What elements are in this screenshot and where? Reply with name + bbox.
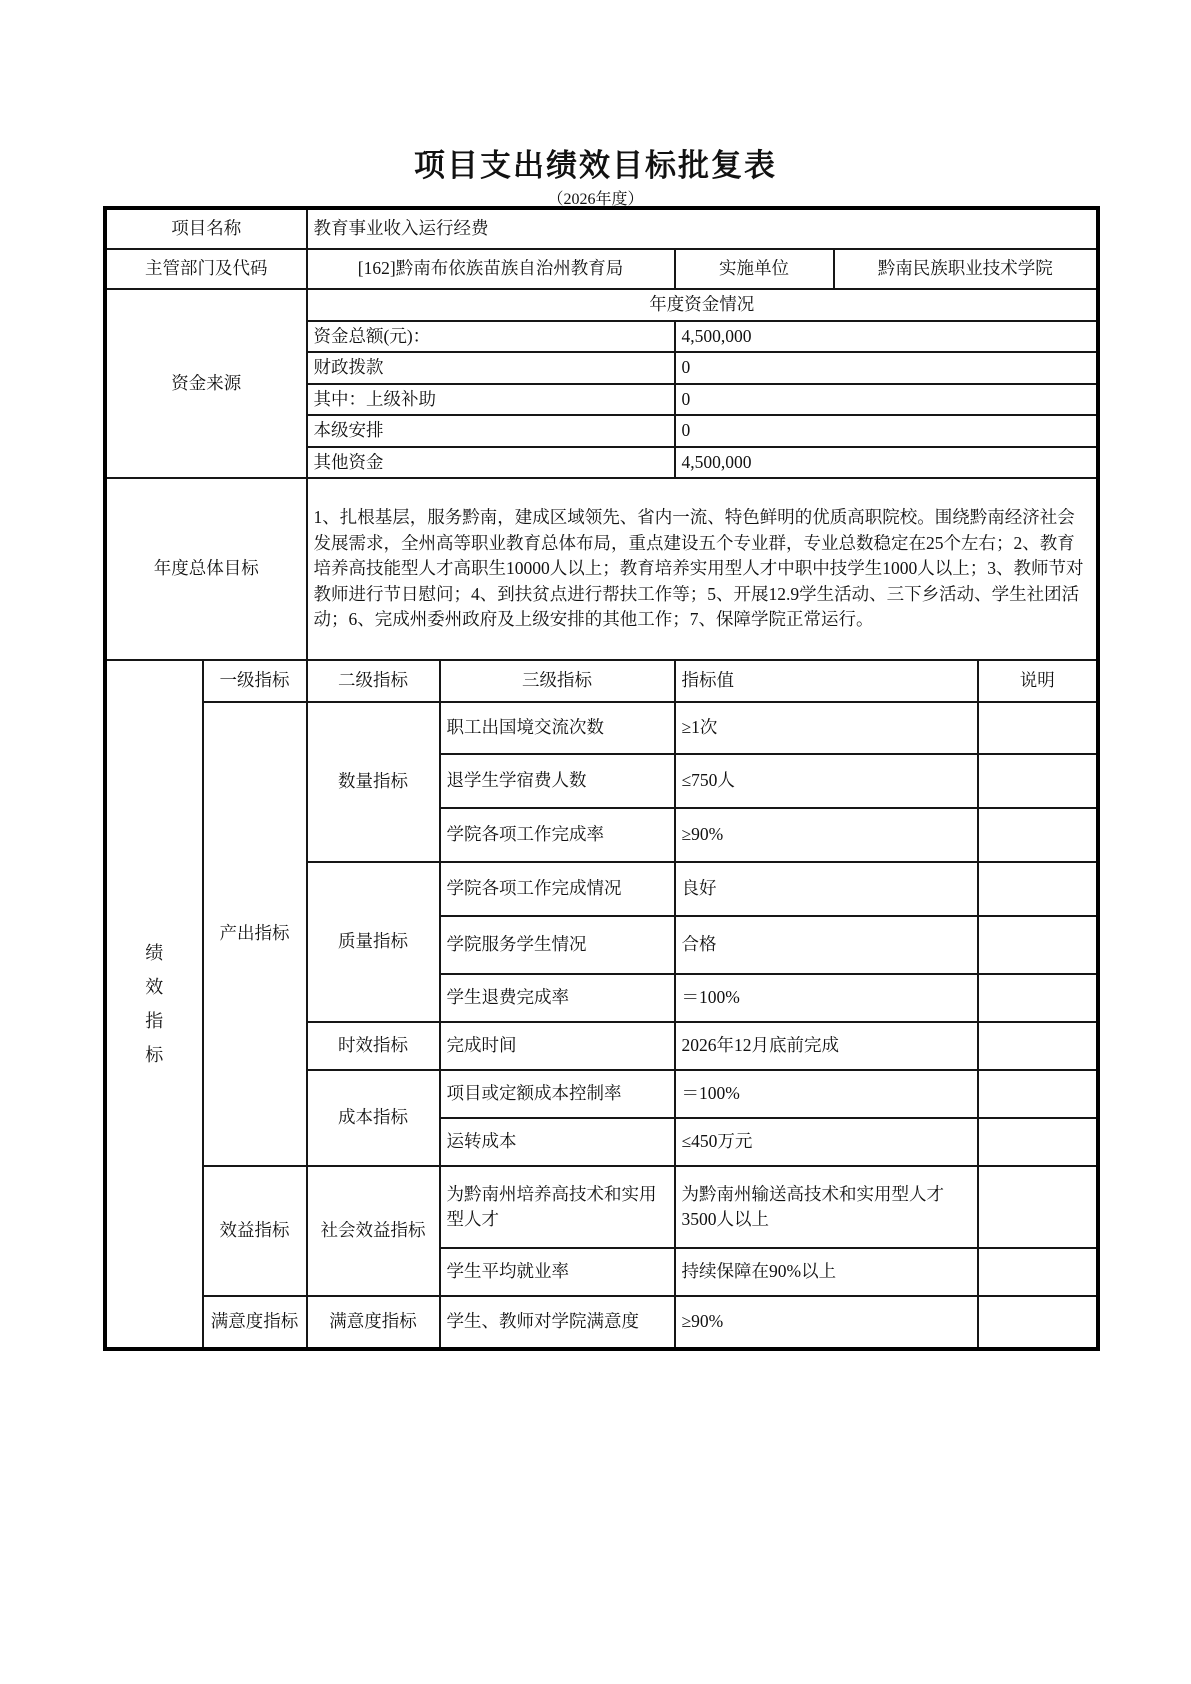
funding-local-arrangement-label: 本级安排 bbox=[307, 415, 675, 446]
document-title: 项目支出绩效目标批复表 bbox=[0, 140, 1191, 185]
funding-superior-subsidy-value: 0 bbox=[675, 384, 1098, 415]
funding-fiscal-value: 0 bbox=[675, 352, 1098, 383]
level1-benefit-label: 效益指标 bbox=[203, 1166, 307, 1296]
performance-indicator-side-text: 绩效指标 bbox=[144, 936, 164, 1072]
indicator-value: 持续保障在90%以上 bbox=[675, 1248, 978, 1296]
level2-quality-label: 质量指标 bbox=[307, 862, 440, 1022]
funding-local-arrangement-value: 0 bbox=[675, 415, 1098, 446]
indicator-value: ≥90% bbox=[675, 808, 978, 862]
indicator-value: 良好 bbox=[675, 862, 978, 916]
level2-timeliness-label: 时效指标 bbox=[307, 1022, 440, 1070]
indicator-value: ≤750人 bbox=[675, 754, 978, 808]
indicator-name: 为黔南州培养高技术和实用型人才 bbox=[440, 1166, 675, 1248]
header-level3: 三级指标 bbox=[440, 660, 675, 702]
level2-social-label: 社会效益指标 bbox=[307, 1166, 440, 1296]
indicator-value: 合格 bbox=[675, 916, 978, 974]
note-cell bbox=[978, 974, 1098, 1022]
indicator-name: 职工出国境交流次数 bbox=[440, 702, 675, 754]
funding-total-label: 资金总额(元)： bbox=[307, 321, 675, 352]
level1-satisfaction-label: 满意度指标 bbox=[203, 1296, 307, 1349]
annual-funding-header: 年度资金情况 bbox=[307, 289, 1098, 321]
note-cell bbox=[978, 1118, 1098, 1166]
header-note: 说明 bbox=[978, 660, 1098, 702]
note-cell bbox=[978, 916, 1098, 974]
implementing-unit-label: 实施单位 bbox=[675, 249, 834, 289]
annual-goal-text: 1、扎根基层，服务黔南，建成区域领先、省内一流、特色鲜明的优质高职院校。围绕黔南… bbox=[307, 478, 1098, 660]
note-cell bbox=[978, 808, 1098, 862]
indicator-name: 学院各项工作完成情况 bbox=[440, 862, 675, 916]
indicator-name: 学生平均就业率 bbox=[440, 1248, 675, 1296]
note-cell bbox=[978, 1296, 1098, 1349]
implementing-unit-value: 黔南民族职业技术学院 bbox=[834, 249, 1098, 289]
funding-other-value: 4,500,000 bbox=[675, 447, 1098, 478]
indicator-name: 学生退费完成率 bbox=[440, 974, 675, 1022]
indicator-value: 为黔南州输送高技术和实用型人才3500人以上 bbox=[675, 1166, 978, 1248]
note-cell bbox=[978, 862, 1098, 916]
indicator-name: 学院服务学生情况 bbox=[440, 916, 675, 974]
level2-satisfaction-label: 满意度指标 bbox=[307, 1296, 440, 1349]
indicator-value: ≥1次 bbox=[675, 702, 978, 754]
funding-total-value: 4,500,000 bbox=[675, 321, 1098, 352]
funding-superior-subsidy-label: 其中：上级补助 bbox=[307, 384, 675, 415]
note-cell bbox=[978, 754, 1098, 808]
header-level1: 一级指标 bbox=[203, 660, 307, 702]
indicator-name: 项目或定额成本控制率 bbox=[440, 1070, 675, 1118]
indicator-value: ＝100% bbox=[675, 974, 978, 1022]
document-page: 项目支出绩效目标批复表 （2026年度） 项目名称 教育事业收入运行经费 主管部… bbox=[0, 0, 1191, 1684]
indicator-name: 完成时间 bbox=[440, 1022, 675, 1070]
note-cell bbox=[978, 1070, 1098, 1118]
note-cell bbox=[978, 1248, 1098, 1296]
funding-other-label: 其他资金 bbox=[307, 447, 675, 478]
note-cell bbox=[978, 1022, 1098, 1070]
header-value: 指标值 bbox=[675, 660, 978, 702]
project-name-value: 教育事业收入运行经费 bbox=[307, 209, 1098, 250]
department-label: 主管部门及代码 bbox=[106, 249, 307, 289]
project-name-label: 项目名称 bbox=[106, 209, 307, 250]
note-cell bbox=[978, 702, 1098, 754]
department-value: [162]黔南布依族苗族自治州教育局 bbox=[307, 249, 675, 289]
indicator-value: ≤450万元 bbox=[675, 1118, 978, 1166]
note-cell bbox=[978, 1166, 1098, 1248]
indicator-name: 学院各项工作完成率 bbox=[440, 808, 675, 862]
indicator-name: 退学生学宿费人数 bbox=[440, 754, 675, 808]
indicator-value: ＝100% bbox=[675, 1070, 978, 1118]
annual-goal-label: 年度总体目标 bbox=[106, 478, 307, 660]
level1-output-label: 产出指标 bbox=[203, 702, 307, 1166]
indicator-name: 运转成本 bbox=[440, 1118, 675, 1166]
indicator-value: ≥90% bbox=[675, 1296, 978, 1349]
indicator-value: 2026年12月底前完成 bbox=[675, 1022, 978, 1070]
header-level2: 二级指标 bbox=[307, 660, 440, 702]
level2-cost-label: 成本指标 bbox=[307, 1070, 440, 1166]
funding-fiscal-label: 财政拨款 bbox=[307, 352, 675, 383]
performance-indicator-side-label: 绩效指标 bbox=[106, 660, 203, 1349]
performance-target-table: 项目名称 教育事业收入运行经费 主管部门及代码 [162]黔南布依族苗族自治州教… bbox=[104, 207, 1099, 1350]
indicator-name: 学生、教师对学院满意度 bbox=[440, 1296, 675, 1349]
document-subtitle: （2026年度） bbox=[0, 186, 1191, 209]
level2-quantity-label: 数量指标 bbox=[307, 702, 440, 862]
funding-source-label: 资金来源 bbox=[106, 289, 307, 478]
